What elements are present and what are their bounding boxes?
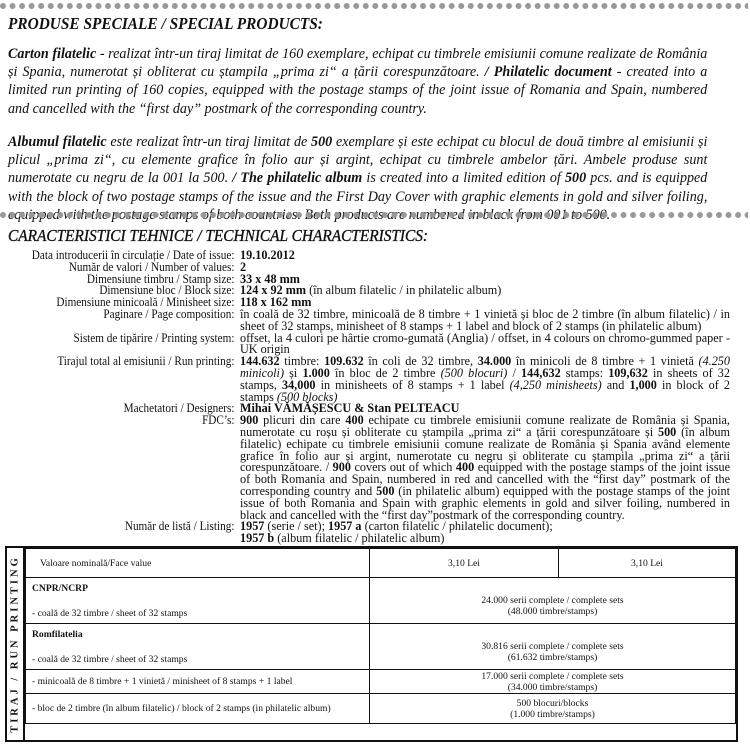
side-label-text: TIRAJ / RUN PRINTING [10,555,21,733]
row-label: - coală de 32 timbre / sheet of 32 stamp… [32,654,187,665]
row-label: - coală de 32 timbre / sheet of 32 stamp… [32,608,187,619]
row-value: 17.000 serii complete / complete sets(34… [370,670,736,694]
dotted-separator [0,3,748,9]
philatelic-document-paragraph: Carton filatelic - realizat într-un tira… [8,45,707,118]
row-value: 30.816 serii complete / complete sets(61… [370,624,736,670]
spec-note: (în album filatelic / in philatelic albu… [306,283,501,297]
run-printing-side-label: TIRAJ / RUN PRINTING [7,548,25,740]
table-row: Romfilatelia- coală de 32 timbre / sheet… [26,624,736,670]
face-value-label: Valoare nominală/Face value [26,549,370,578]
row-value: 500 blocuri/blocks(1.000 timbre/stamps) [370,694,736,724]
album-text: is created into a limited edition of [362,170,565,186]
group-name: CNPR/NCRP [32,583,363,594]
table-row: - bloc de 2 timbre (în album filatelic) … [26,694,736,724]
spec-label: Sistem de tipărire / Printing system: [19,333,240,357]
run-printing-table: TIRAJ / RUN PRINTING Valoare nominală/Fa… [5,546,738,742]
album-text: este realizat într-un tiraj limitat de [107,134,311,150]
spec-run-printing: Tirajul total al emisiunii / Run printin… [0,356,750,403]
face-value-row: Valoare nominală/Face value 3,10 Lei 3,1… [26,549,736,578]
spec-value: 900 plicuri din care 400 echipate cu tim… [240,415,730,521]
table-row: - minicoală de 8 timbre + 1 vinietă / mi… [26,670,736,694]
face-value-cell: 3,10 Lei [559,549,736,578]
spec-value: 144.632 timbre: 109.632 în coli de 32 ti… [240,356,730,403]
table-row: CNPR/NCRP- coală de 32 timbre / sheet of… [26,578,736,624]
row-label: - bloc de 2 timbre (în album filatelic) … [26,694,370,724]
technical-heading: CARACTERISTICI TEHNICE / TECHNICAL CHARA… [8,226,428,246]
group-cnpr: CNPR/NCRP- coală de 32 timbre / sheet of… [26,578,370,624]
album-title-ro: Albumul filatelic [8,134,107,150]
spec-label: Tirajul total al emisiunii / Run printin… [19,356,240,403]
dotted-separator [0,212,748,218]
spec-printing-system: Sistem de tipărire / Printing system:off… [0,333,750,357]
spec-label: FDC’s: [19,415,240,521]
spec-page-composition: Paginare / Page composition:în coală de … [0,309,750,333]
group-name: Romfilatelia [32,629,363,640]
group-romfilatelia: Romfilatelia- coală de 32 timbre / sheet… [26,624,370,670]
album-qty: 500 [311,134,332,150]
row-value: 24.000 serii complete / complete sets(48… [370,578,736,624]
spec-label: Număr de listă / Listing: [19,521,240,545]
row-label: - minicoală de 8 timbre + 1 vinietă / mi… [26,670,370,694]
album-title-en: / The philatelic album [232,170,362,186]
spec-listing: Număr de listă / Listing:1957 (serie / s… [0,521,750,545]
special-products-heading: PRODUSE SPECIALE / SPECIAL PRODUCTS: [8,14,323,34]
album-qty: 500 [565,170,586,186]
spec-value: în coală de 32 timbre, minicoală de 8 ti… [240,309,730,333]
carton-title-en: / Philatelic document [485,64,612,80]
spec-value: 19.10.2012 [240,248,295,262]
philatelic-album-paragraph: Albumul filatelic este realizat într-un … [8,133,707,224]
spec-label: Paginare / Page composition: [19,309,240,333]
spec-fdc: FDC’s:900 plicuri din care 400 echipate … [0,415,750,521]
face-value-cell: 3,10 Lei [370,549,559,578]
spec-value: 1957 (serie / set); 1957 a (carton filat… [240,521,730,545]
spec-value: offset, la 4 culori pe hârtie cromo-guma… [240,333,730,357]
technical-specs: Data introducerii în circulație / Date o… [0,250,750,545]
carton-title-ro: Carton filatelic [8,46,96,62]
